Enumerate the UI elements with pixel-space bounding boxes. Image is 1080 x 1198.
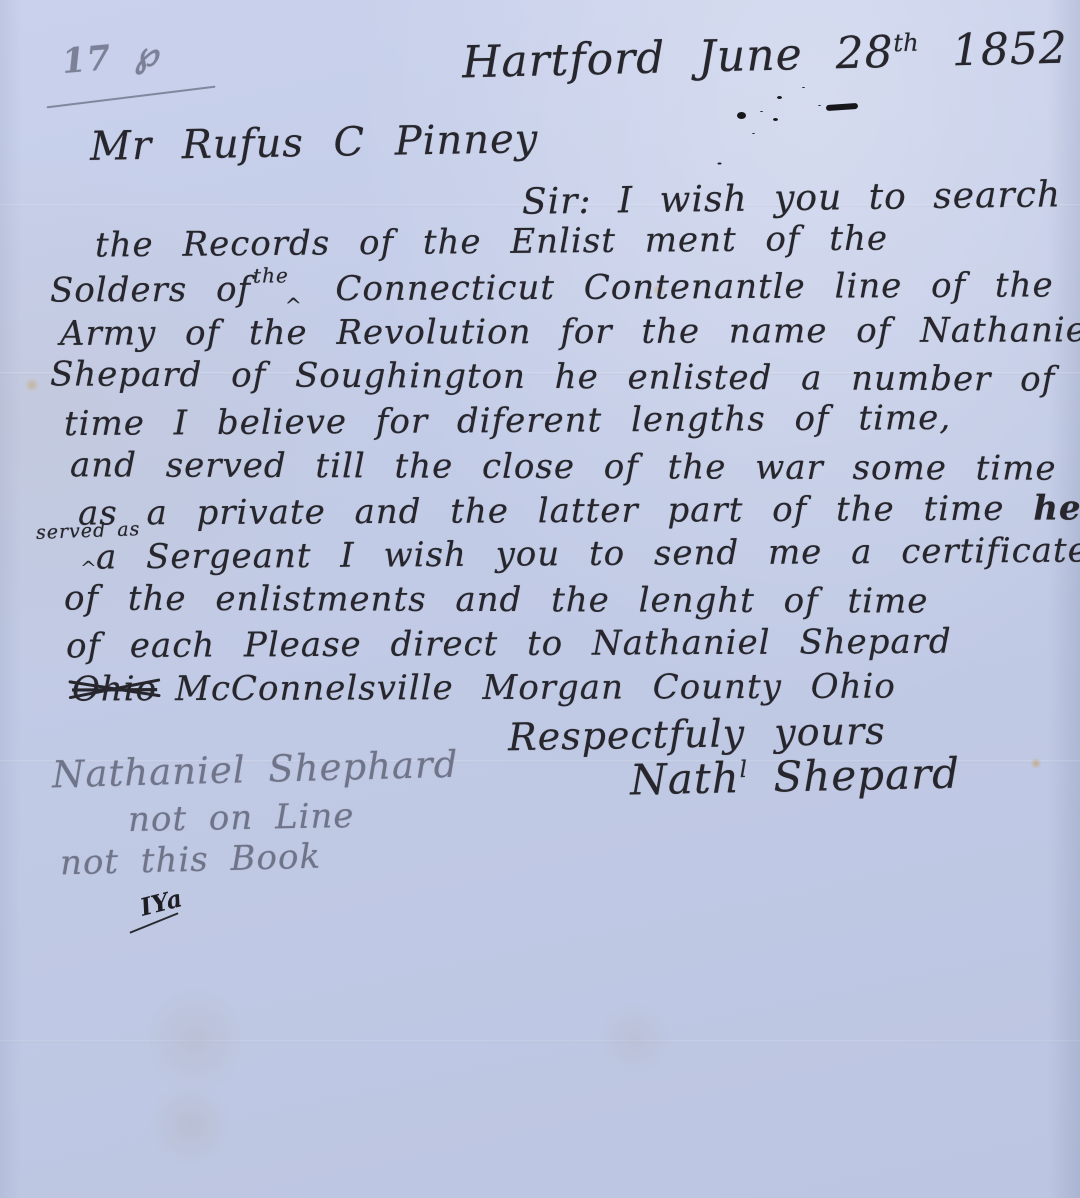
body-line-5: time I believe for diferent lengths of t… [64,398,951,444]
body-line-2-post: Connecticut Contenantle line of the [335,265,1053,309]
body-line-7-he: he [1033,488,1080,528]
paper-stain [600,1000,670,1080]
body-line-3: Army of the Revolution for the name of N… [60,310,1080,354]
body-line-10: of each Please direct to Nathaniel Shepa… [66,622,952,667]
opening-line: Sir: I wish you to search [522,174,1062,223]
signature-last: Shepard [773,749,961,802]
ink-monogram: IYa [137,883,185,921]
dateline: Hartford June 28th 1852 [461,23,1068,89]
body-line-11: OhioMcConnelsville Morgan County Ohio [72,667,896,710]
body-line-6: and served till the close of the war som… [70,445,1057,488]
ink-spatter [737,112,746,119]
body-line-2-pre: Solders of [50,270,251,311]
pencil-grade-underline [47,86,216,109]
body-line-7: as a private and the latter part of the … [78,488,1080,533]
pencil-note-not-on-line: not on Line [128,796,355,840]
interlined-insertion-the: the [253,263,289,287]
salutation: Mr Rufus C Pinney [90,116,539,170]
body-line-4: Shepard of Soughington he enlisted a num… [50,354,1055,399]
body-line-8: a Sergeant I wish you to send me a certi… [96,531,1080,578]
body-line-1: the Records of the Enlist ment of the [95,219,888,266]
body-line-7-pre: as a private and the latter part of the … [78,489,1005,534]
dateline-text: Hartford June 28 [461,27,894,89]
pencil-note-name: Nathaniel Shephard [52,743,459,797]
paper-stain [1030,758,1042,769]
signature: Nathl Shepard [630,749,961,805]
pencil-note-not-this-book: not this Book [60,837,322,884]
paper-stain [150,1080,230,1170]
paper-stain [150,980,240,1100]
ink-spatter-dash [826,103,858,111]
body-line-11-text: McConnelsville Morgan County Ohio [175,667,896,710]
body-line-9: of the enlistments and the lenght of tim… [64,578,929,621]
pencil-grade-mark: 17 ℘ [60,34,160,82]
body-line-2: Solders ofthe^ Connecticut Contenantle l… [50,265,1054,310]
paper-crease [0,1040,1080,1043]
paper-stain [24,378,40,392]
dateline-ordinal: th [893,29,919,58]
margin-caret-icon: ^ [80,556,97,580]
dateline-year: 1852 [951,23,1068,77]
struck-out-word: Ohio [72,669,157,709]
signature-first: Nath [630,753,741,804]
letter-paper: 17 ℘ Hartford June 28th 1852 Mr Rufus C … [0,0,1080,1198]
signature-superscript: l [739,757,747,783]
